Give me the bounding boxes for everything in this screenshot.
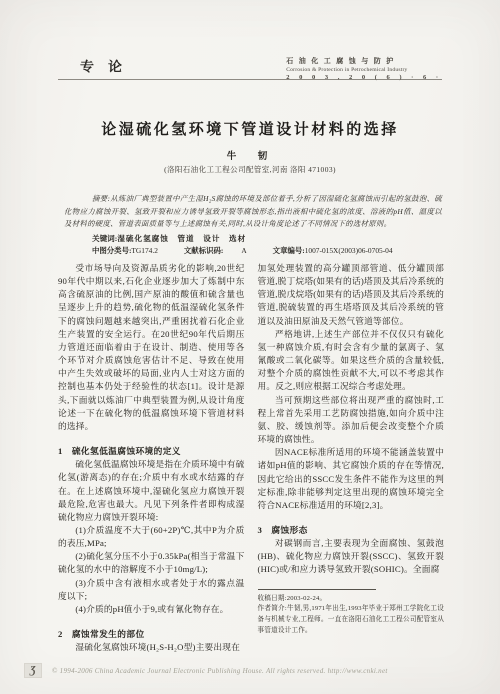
copyright-text: © 1994-2006 China Academic Journal Elect…	[52, 667, 388, 675]
journal-name-en: Corrosion & Protection in Petrochemical …	[286, 67, 442, 73]
section-heading-3: 3 腐蚀形态	[258, 524, 445, 537]
received-date: 收稿日期:2003-02-24。	[258, 594, 445, 605]
article-title: 论湿硫化氢环境下管道设计材料的选择	[0, 118, 500, 139]
keywords-text: 湿硫化氢腐蚀 管道 设计 选材	[117, 234, 246, 243]
paragraph: 严格地讲,上述生产部位并不仅仅只有硫化氢一种腐蚀介质,有时会含有少量的氯离子、氢…	[258, 328, 445, 394]
keywords-line: 关键词:湿硫化氢腐蚀 管道 设计 选材	[92, 233, 442, 244]
paragraph: 受市场导向及资源品质劣化的影响,20世纪90年代中期以来,石化企业逐步加大了炼制…	[58, 262, 245, 433]
list-item-1: (1)介质温度不大于(60+2P)℃,其中P为介质的表压,MPa;	[58, 524, 245, 550]
paragraph: 因NACE标准所适用的环境不能涵盖装置中诸如pH值的影响、其它腐蚀介质的存在等情…	[258, 446, 445, 512]
doc-code-label: 文献标识码:	[184, 246, 223, 255]
scanned-paper-page: 专论 石油化工腐蚀与防护 Corrosion & Protection in P…	[0, 0, 500, 694]
paragraph: 对碳钢而言,主要表现为全面腐蚀、氢鼓泡(HB)、硫化物应力腐蚀开裂(SSCC)、…	[258, 537, 445, 576]
meta-line: 中图分类号:TG174.2文献标识码:A文章编号:1007-015X(2003)…	[92, 245, 442, 256]
abstract: 摘要:从炼油厂典型装置中产生湿H₂S腐蚀的环境及部位着手,分析了因湿硫化氢腐蚀而…	[64, 193, 442, 231]
left-column: 受市场导向及资源品质劣化的影响,20世纪90年代中期以来,石化企业逐步加大了炼制…	[58, 262, 245, 646]
body-columns: 受市场导向及资源品质劣化的影响,20世纪90年代中期以来,石化企业逐步加大了炼制…	[58, 262, 444, 646]
author-bio: 作者简介:牛韧,男,1971年出生,1993年毕业于郑州工学院化工设备与机械专业…	[258, 604, 445, 636]
page-header: 专论 石油化工腐蚀与防护 Corrosion & Protection in P…	[58, 56, 442, 81]
paragraph: 湿硫化氢腐蚀环境(H₂S-H₂O型)主要出现在	[58, 641, 245, 654]
article-id-label: 文章编号:	[273, 246, 305, 255]
paragraph: 当可预期这些部位将出现严重的腐蚀时,工程上常首先采用工艺防腐蚀措施,如向介质中注…	[258, 394, 445, 447]
cnki-logo-icon: Ʒ	[24, 663, 42, 678]
footnote-divider	[258, 589, 376, 590]
doc-code-value: A	[241, 246, 246, 255]
abstract-label: 摘要:	[92, 194, 110, 203]
paragraph-continuation: 加氢处理装置的高分罐顶部管道、低分罐顶部管道,脱丁烷塔(如果有的话)塔顶及其后冷…	[258, 262, 445, 328]
header-divider	[58, 79, 442, 80]
list-item-2: (2)硫化氢分压不小于0.35kPa(相当于常温下硫化氢的水中的溶解度不小于10…	[58, 550, 245, 576]
journal-info: 石油化工腐蚀与防护 Corrosion & Protection in Petr…	[286, 56, 442, 81]
footnote: 收稿日期:2003-02-24。 作者简介:牛韧,男,1971年出生,1993年…	[258, 589, 445, 637]
column-label: 专论	[58, 57, 136, 76]
list-item-4: (4)介质的pH值小于9,或有氰化物存在。	[58, 603, 245, 616]
page-footer: Ʒ © 1994-2006 China Academic Journal Ele…	[24, 663, 388, 678]
list-item-3: (3)介质中含有液相水或者处于水的露点温度以下;	[58, 577, 245, 603]
section-heading-2: 2 腐蚀常发生的部位	[58, 628, 245, 641]
paragraph: 硫化氢低温腐蚀环境是指在介质环境中有硫化氢(游离态)的存在;介质中有水或水结露的…	[58, 458, 245, 524]
section-heading-1: 1 硫化氢低温腐蚀环境的定义	[58, 445, 245, 458]
clc-value: TG174.2	[131, 246, 157, 255]
clc-label: 中图分类号:	[92, 246, 131, 255]
abstract-text: 从炼油厂典型装置中产生湿H₂S腐蚀的环境及部位着手,分析了因湿硫化氢腐蚀而引起的…	[64, 194, 442, 228]
right-column: 加氢处理装置的高分罐顶部管道、低分罐顶部管道,脱丁烷塔(如果有的话)塔顶及其后冷…	[258, 262, 445, 646]
article-id-value: 1007-015X(2003)06-0705-04	[305, 246, 393, 255]
article-author: 牛 韧	[0, 148, 500, 162]
author-affiliation: (洛阳石油化工工程公司配管室,河南 洛阳 471003)	[0, 164, 500, 175]
journal-name-cn: 石油化工腐蚀与防护	[286, 56, 442, 66]
keywords-label: 关键词:	[92, 234, 117, 243]
